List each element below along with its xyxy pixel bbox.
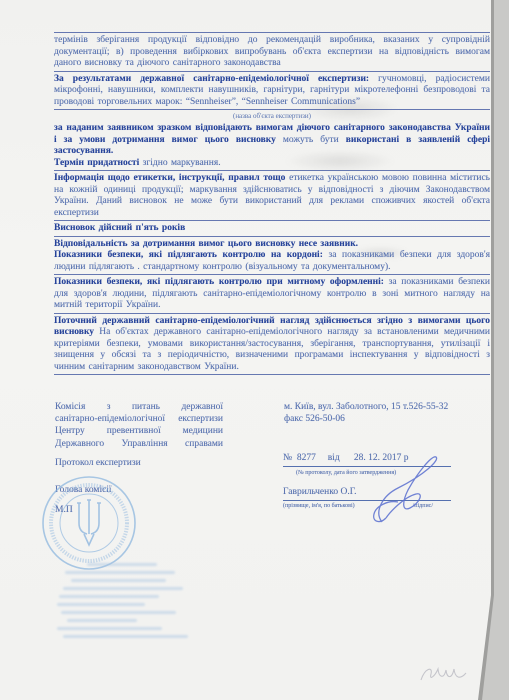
rule-divider	[54, 236, 490, 237]
paragraph-lead: Відповідальність за дотримання вимог цьо…	[54, 239, 358, 249]
address-line: факс 526-50-06	[284, 413, 462, 425]
paragraph-shelf-life: Термін придатності згідно маркування.	[54, 158, 490, 170]
paragraph-lead: Показники безпеки, які підлягають контро…	[54, 250, 323, 260]
commission-block: Комісія з питань державної санітарно-епі…	[55, 401, 223, 450]
paragraph-labeling-info: Інформація щодо етикетки, інструкції, пр…	[54, 173, 490, 219]
rule-divider	[54, 274, 490, 275]
paragraph-text: згідно маркування.	[143, 158, 221, 168]
paragraph-border-control: Показники безпеки, які підлягають контро…	[54, 250, 490, 273]
paragraph-responsibility: Відповідальність за дотримання вимог цьо…	[54, 239, 490, 251]
paragraph-lead: За результатами державної санітарно-епід…	[54, 74, 369, 84]
paragraph-conformity: за наданим заявником зразком відповідают…	[54, 123, 490, 158]
paragraph-lead: Показники безпеки, які підлягають контро…	[54, 277, 384, 287]
commission-line: Центру превентивної медицини	[55, 425, 223, 437]
trident-icon	[43, 477, 135, 569]
address-block: м. Київ, вул. Заболотного, 15 т.526-55-3…	[284, 401, 462, 425]
rule-divider	[54, 374, 490, 375]
object-name-caption: (назва об'єкта експертизи)	[54, 112, 490, 121]
commission-line: Комісія з питань державної	[55, 401, 223, 413]
paragraph-validity: Висновок дійсний п'ять років	[54, 223, 490, 235]
rule-divider	[54, 170, 490, 171]
paragraph-current-supervision: Поточний державний санітарно-епідеміолог…	[54, 316, 490, 374]
chair-caption-name: (прізвище, ім'я, по батькові)	[283, 503, 355, 510]
pencil-mark	[415, 656, 477, 690]
rule-divider	[54, 71, 490, 72]
paragraph-lead: Висновок дійсний п'ять років	[54, 223, 185, 233]
paragraph-text: термінів зберігання продукції відповідно…	[54, 35, 490, 68]
commission-line: санітарно-епідеміологічної експертизи	[55, 413, 223, 425]
paragraph-lead: Термін придатності	[54, 158, 139, 168]
document-body: термінів зберігання продукції відповідно…	[54, 31, 490, 377]
round-seal-stamp	[39, 473, 139, 573]
rule-divider	[54, 313, 490, 314]
address-line: м. Київ, вул. Заболотного, 15 т.526-55-3…	[284, 401, 462, 413]
paragraph-customs-control: Показники безпеки, які підлягають контро…	[54, 277, 490, 312]
seal-place-label: М.П	[55, 504, 73, 516]
paragraph-text: На об'єктах державного санітарно-епідемі…	[54, 327, 490, 372]
rule-divider	[54, 109, 490, 110]
protocol-label: Протокол експертизи	[55, 457, 141, 469]
rule-divider	[54, 32, 490, 33]
paragraph-storage-terms: термінів зберігання продукції відповідно…	[54, 35, 490, 70]
rule-divider	[54, 220, 490, 221]
paragraph-lead: Інформація щодо етикетки, інструкції, пр…	[54, 173, 285, 183]
signature-ink	[352, 450, 462, 530]
paragraph-expertise-results: За результатами державної санітарно-епід…	[54, 74, 490, 109]
commission-line: Державного Управління справами	[55, 438, 223, 450]
ink-bleed-ghost-text	[57, 563, 227, 643]
paragraph-text: можуть бути	[283, 135, 339, 145]
